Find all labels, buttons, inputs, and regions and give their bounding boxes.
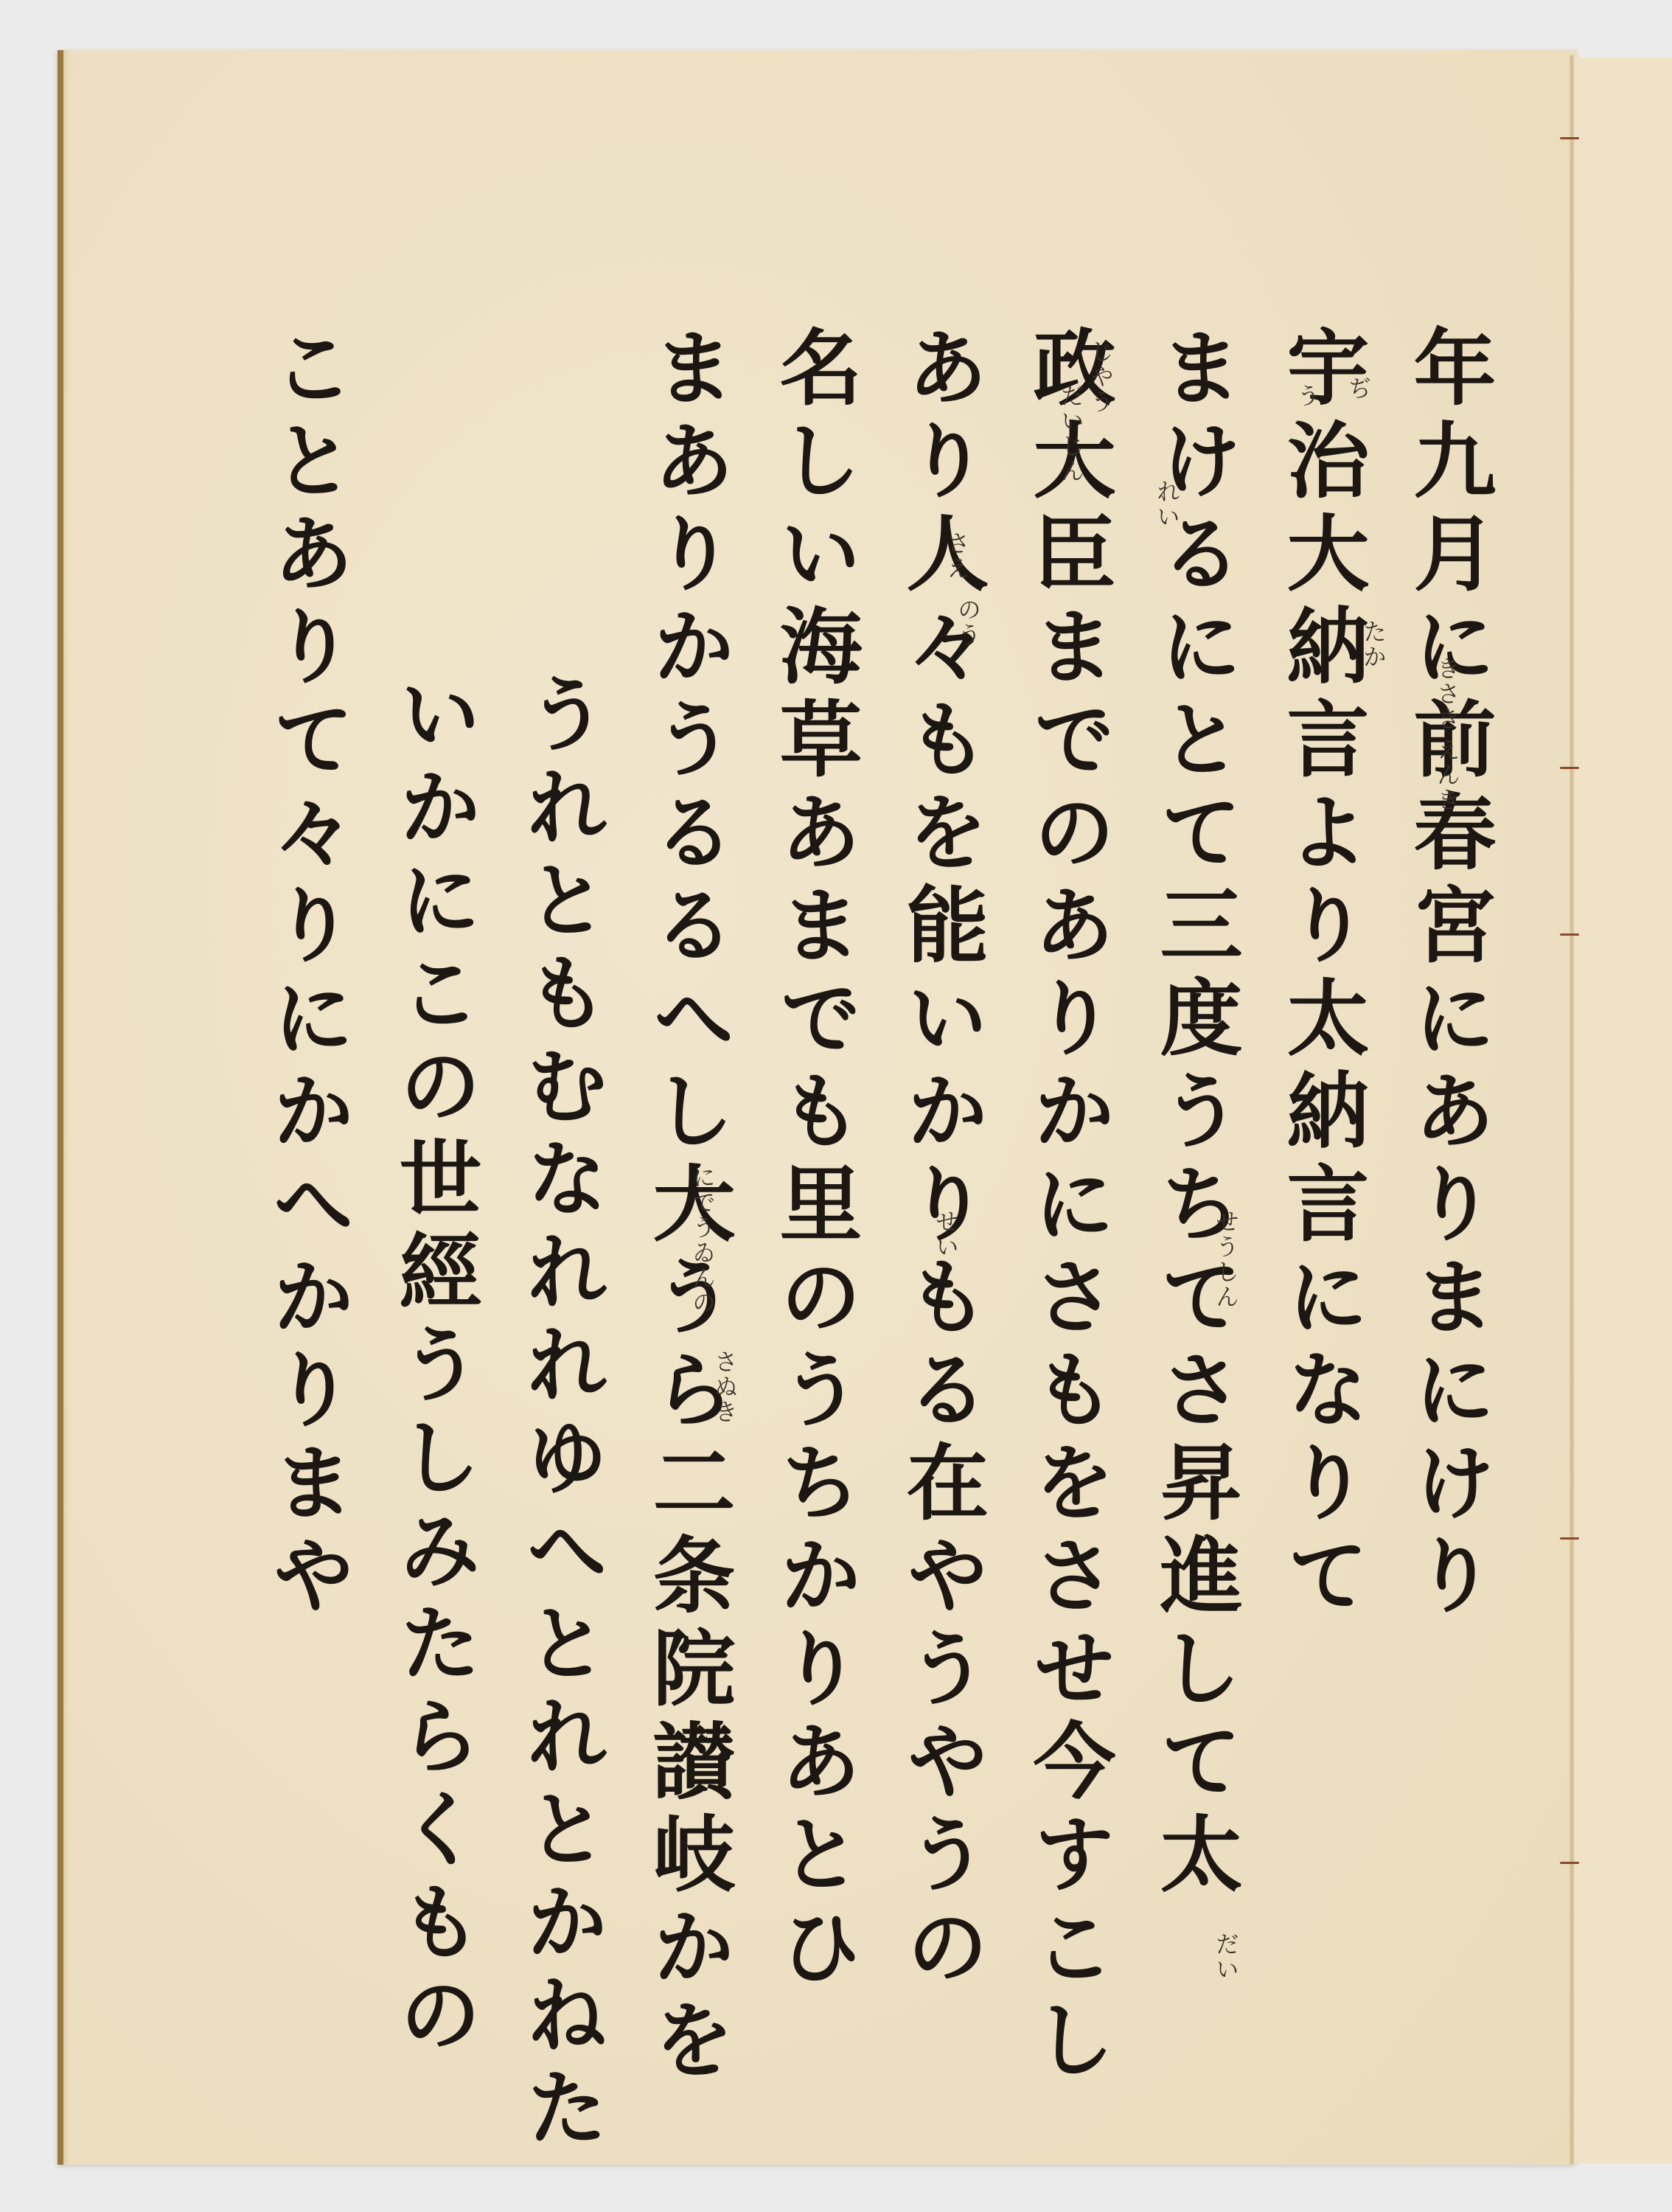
text-column-8: うれともむなれれゆへとれとかねた <box>475 324 602 1947</box>
text-column-1: 年九月に前春宮にありまにけり <box>1362 324 1489 1947</box>
text-column-9: いかにこの世經うしみたらくもの <box>348 324 475 1947</box>
furigana: さえ <box>940 531 974 581</box>
binding-stitch <box>1560 933 1579 936</box>
text-column-3: まけるにとて三度うちてさ昇進して太 <box>1109 324 1236 1947</box>
furigana: う <box>1290 383 1324 408</box>
text-column-7: まありかうるるへし大うら二条院讃岐かを <box>602 324 728 1947</box>
furigana: せうしん <box>1209 1209 1243 1310</box>
furigana: だいじん <box>1054 383 1088 484</box>
furigana: じやう <box>1084 339 1118 414</box>
furigana: ぢ <box>1342 376 1376 401</box>
text-column-6: 名しい海草あまでも里のうちかりあとひ <box>728 324 855 1947</box>
furigana: だい <box>1209 1932 1243 1982</box>
furigana: のう <box>951 597 985 647</box>
next-page-edge <box>1575 58 1672 2163</box>
furigana: さぬき <box>708 1349 742 1425</box>
binding-stitch <box>1560 767 1579 769</box>
binding-spine <box>1569 55 1575 2164</box>
furigana: きさき <box>1430 656 1464 731</box>
binding-stitch <box>1560 1537 1579 1540</box>
text-column-4: 政大臣までのありかにさもをさせ今すこし <box>982 324 1109 1947</box>
furigana: にでうゐんの <box>686 1165 720 1315</box>
page-left-edge <box>58 50 63 2165</box>
furigana: れい <box>1150 479 1184 529</box>
text-columns: 年九月に前春宮にありまにけり 宇治大納言より太納言になりて まけるにとて三度うち… <box>221 324 1489 1947</box>
furigana: せい <box>929 1209 963 1259</box>
furigana: えんき <box>1430 737 1464 813</box>
furigana: たか <box>1356 619 1390 669</box>
text-column-10: ことありて々りにかへかりまや <box>221 324 348 1947</box>
binding-stitch <box>1560 137 1579 139</box>
binding-stitch <box>1560 1862 1579 1864</box>
text-column-2: 宇治大納言より太納言になりて <box>1236 324 1362 1947</box>
